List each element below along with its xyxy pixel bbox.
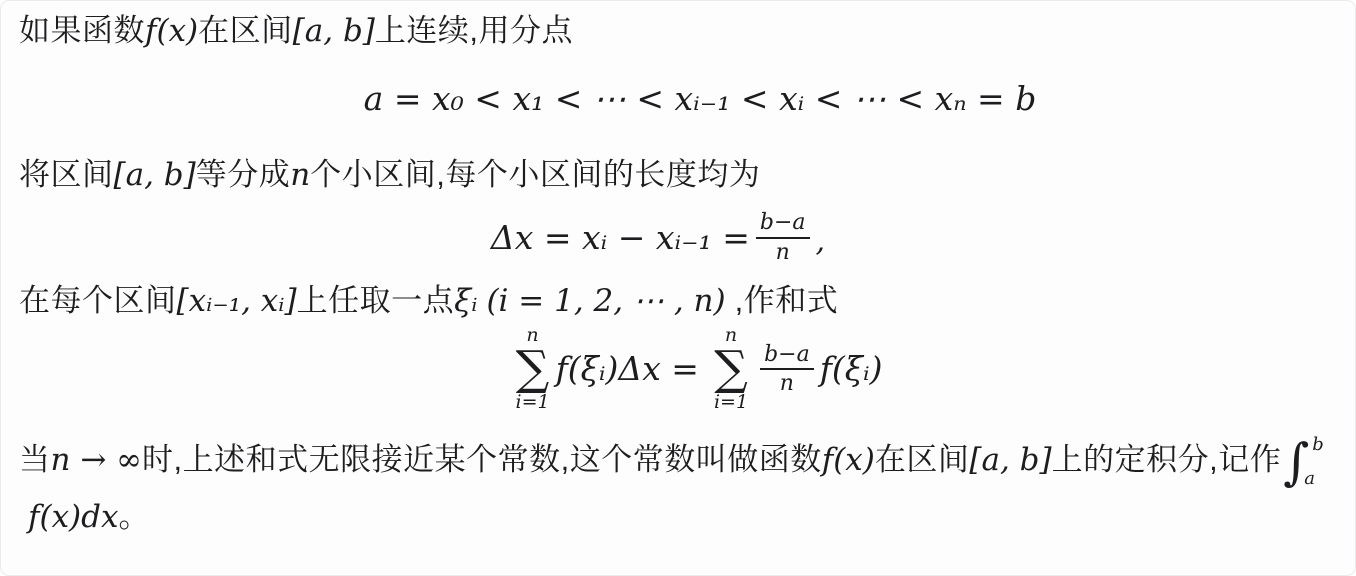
zh-text: 在区间 <box>875 442 970 477</box>
trailing-comma: , <box>816 224 826 265</box>
inline-math-fx: f(x) <box>822 442 875 478</box>
zh-text: 上任取一点 <box>297 283 455 318</box>
inline-math-n: n <box>290 157 310 193</box>
summation-symbol: n ∑ i=1 <box>714 326 748 413</box>
math-sum-tail: f(ξᵢ) <box>820 349 883 388</box>
inline-math-index-range: (i = 1, 2, ⋯ , n) <box>486 283 725 319</box>
fraction-denominator: n <box>776 239 790 265</box>
sum-lower-limit: i=1 <box>516 393 550 412</box>
fraction-numerator: b−a <box>760 342 814 370</box>
inline-math-interval-ab: [a, b] <box>293 13 375 49</box>
formula-riemann-sum: n ∑ i=1 f(ξᵢ)Δx = n ∑ i=1 b−a n f(ξᵢ) <box>37 326 1355 413</box>
integral-limits: ba <box>1307 436 1319 488</box>
inline-math-integrand: f(x)dx <box>28 499 118 535</box>
math-sum-middle: f(ξᵢ)Δx = <box>556 349 699 388</box>
integral-upper-limit: b <box>1312 436 1324 454</box>
integral-lower-limit: a <box>1304 470 1316 488</box>
sigma-icon: ∑ <box>714 345 748 394</box>
paragraph-intro: 如果函数f(x)在区间[a, b]上连续,用分点 <box>19 11 1337 52</box>
inline-math-interval-ab: [a, b] <box>969 442 1051 478</box>
paragraph-equal-division: 将区间[a, b]等分成n个小区间,每个小区间的长度均为 <box>19 155 1337 196</box>
zh-text: 个小区间,每个小区间的长度均为 <box>310 157 760 192</box>
zh-text: 将区间 <box>19 157 114 192</box>
formula-partition-points: a = x₀ < x₁ < ⋯ < xᵢ₋₁ < xᵢ < ⋯ < xₙ = b <box>41 79 1356 118</box>
zh-text: 如果函数 <box>19 13 145 48</box>
formula-delta-x: Δx = xᵢ − xᵢ₋₁ = b−a n , <box>0 210 1317 265</box>
inline-math-n-to-infinity: n → ∞ <box>51 442 142 478</box>
integral-symbol: ∫ba <box>1283 436 1319 488</box>
fraction-numerator: b−a <box>756 210 810 238</box>
zh-text: 上连续,用分点 <box>375 13 573 48</box>
zh-text: 。 <box>118 499 150 534</box>
inline-math-subinterval: [xᵢ₋₁, xᵢ] <box>177 283 297 319</box>
zh-text: 等分成 <box>196 157 291 192</box>
zh-text: 在每个区间 <box>19 283 177 318</box>
sum-lower-limit: i=1 <box>714 393 748 412</box>
zh-text: 时,上述和式无限接近某个常数,这个常数叫做函数 <box>142 442 822 477</box>
math-delta-x-lhs: Δx = xᵢ − xᵢ₋₁ = <box>491 218 750 257</box>
fraction-denominator: n <box>780 370 794 396</box>
zh-text: 在区间 <box>198 13 293 48</box>
inline-math-fx: f(x) <box>145 13 198 49</box>
inline-math-xi-i: ξᵢ <box>454 283 477 319</box>
sigma-icon: ∑ <box>516 345 550 394</box>
math-partition-expression: a = x₀ < x₁ < ⋯ < xᵢ₋₁ < xᵢ < ⋯ < xₙ = b <box>364 79 1037 118</box>
zh-text: ,作和式 <box>735 283 839 318</box>
paragraph-sample-points: 在每个区间[xᵢ₋₁, xᵢ]上任取一点ξᵢ(i = 1, 2, ⋯ , n),… <box>19 281 1337 322</box>
zh-text: 当 <box>19 442 51 477</box>
inline-math-interval-ab: [a, b] <box>114 157 196 193</box>
paragraph-definition: 当n → ∞时,上述和式无限接近某个常数,这个常数叫做函数f(x)在区间[a, … <box>19 432 1337 545</box>
fraction-b-minus-a-over-n: b−a n <box>756 210 810 265</box>
fraction-b-minus-a-over-n: b−a n <box>760 342 814 397</box>
definite-integral-text-page: 如果函数f(x)在区间[a, b]上连续,用分点 a = x₀ < x₁ < ⋯… <box>0 0 1356 576</box>
zh-text: 上的定积分,记作 <box>1052 442 1282 477</box>
summation-symbol: n ∑ i=1 <box>516 326 550 413</box>
